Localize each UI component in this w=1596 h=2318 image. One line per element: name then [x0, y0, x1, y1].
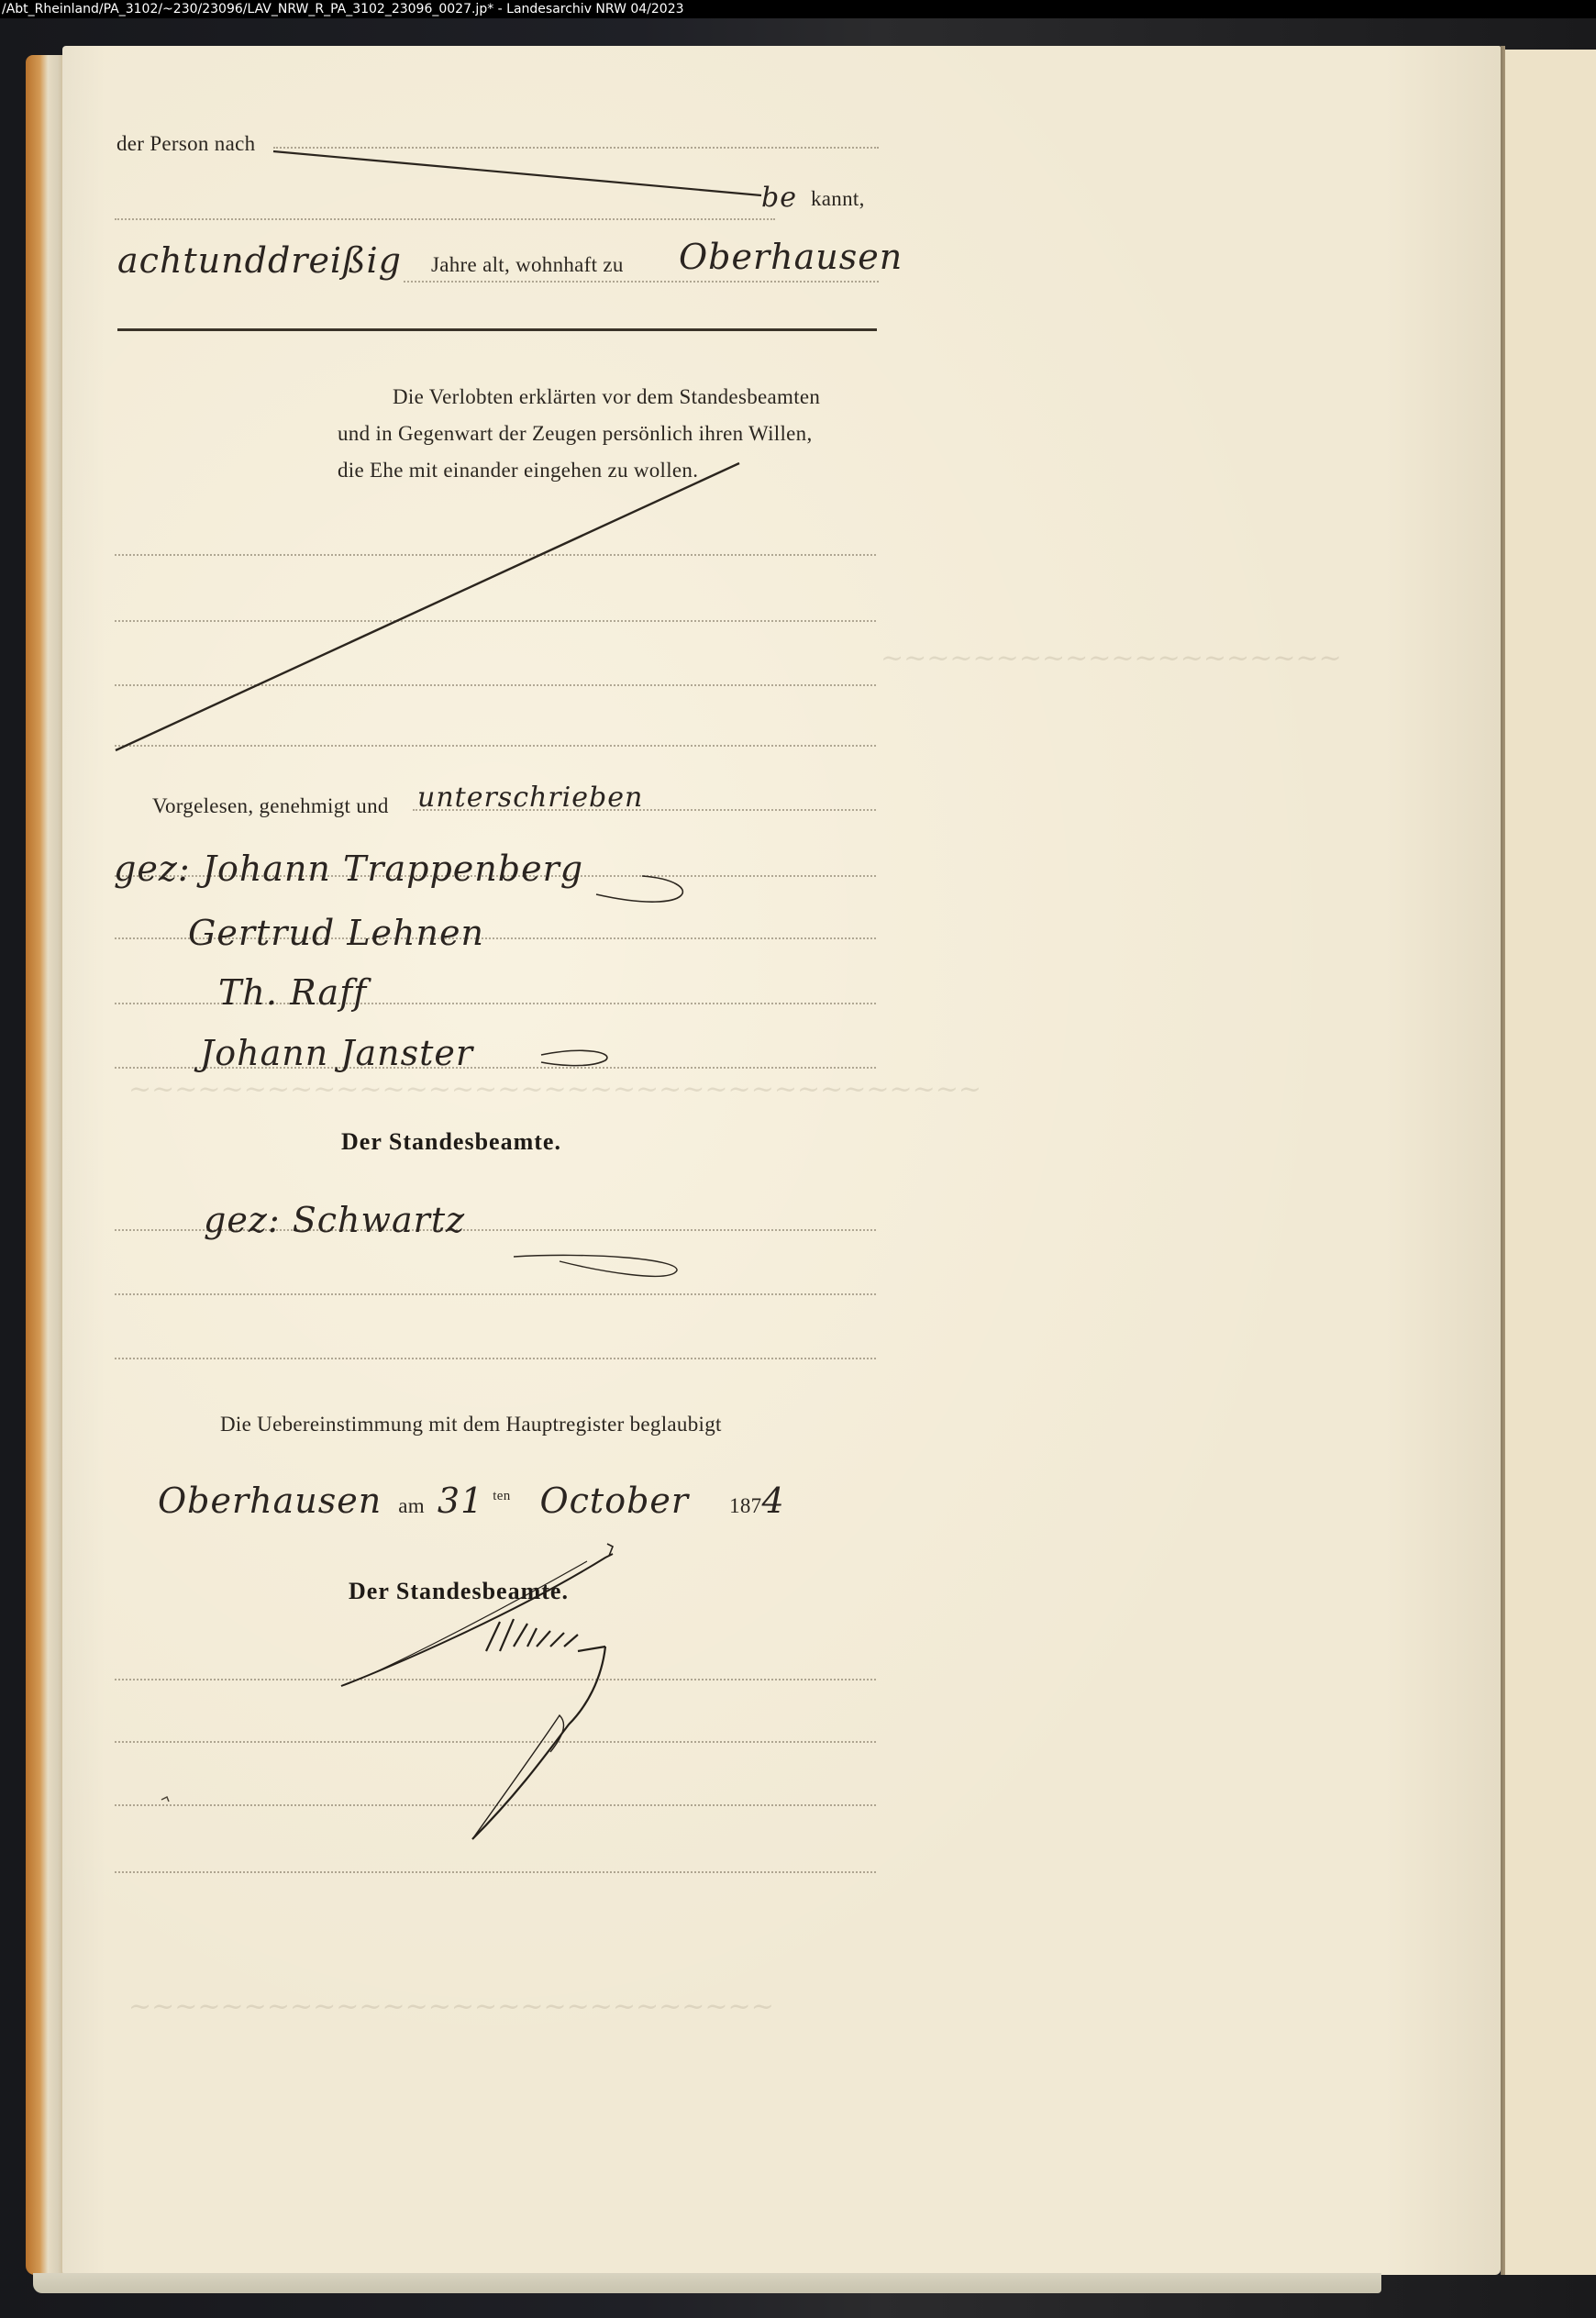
- facing-page: [1505, 50, 1596, 2275]
- registrar-title-1: Der Standesbeamte.: [341, 1128, 561, 1156]
- ruled-line: [273, 147, 879, 149]
- declaration-line-3: die Ehe mit einander eingehen zu wollen.: [338, 459, 698, 482]
- certification-month: October: [540, 1481, 690, 1521]
- age-line-printed: Jahre alt, wohnhaft zu: [431, 253, 624, 277]
- certification-day-suffix: ten: [493, 1489, 510, 1503]
- approval-handwritten: unterschrieben: [417, 782, 643, 814]
- person-line-handwritten: be: [761, 182, 797, 214]
- window-title: /Abt_Rheinland/PA_3102/~230/23096/LAV_NR…: [0, 0, 1596, 18]
- ruled-line: [115, 1804, 876, 1806]
- ruled-line: [115, 745, 876, 747]
- register-page: [62, 46, 1501, 2275]
- ruled-line: [115, 620, 876, 622]
- age-handwritten: achtunddreißig: [117, 240, 402, 281]
- book-binding: [26, 55, 66, 2275]
- bleed-through-text: ~~~~~~~~~~~~~~~~~~~~~~~~~~~~: [128, 1991, 774, 2023]
- certification-day: 31: [438, 1481, 483, 1521]
- registrar-signature-1: gez: Schwartz: [204, 1200, 465, 1240]
- signature-witness-2: Johann Janster: [200, 1033, 473, 1073]
- registrar-title-2: Der Standesbeamte.: [349, 1578, 569, 1605]
- ruled-line: [115, 1679, 876, 1680]
- bleed-through-text: ~~~~~~~~~~~~~~~~~~~~~~~~~~~~~~~~~~~~~: [128, 1073, 981, 1105]
- ruled-line: [404, 281, 879, 283]
- ruled-line: [115, 554, 876, 556]
- signature-bride: Gertrud Lehnen: [188, 913, 484, 953]
- section-divider: [117, 328, 877, 331]
- ruled-line: [115, 684, 876, 686]
- certification-am: am: [398, 1494, 425, 1517]
- certification-date-line: Oberhausen am 31 ten October 1874: [158, 1481, 785, 1521]
- declaration-line-1: Die Verlobten erklärten vor dem Standesb…: [393, 385, 820, 409]
- ruled-line: [115, 1358, 876, 1359]
- page-stack-edge: [33, 2273, 1381, 2293]
- bleed-through-text: ~~~~~~~~~~~~~~~~~~~~: [881, 642, 1342, 674]
- certification-statement: Die Uebereinstimmung mit dem Hauptregist…: [220, 1413, 722, 1436]
- ruled-line: [115, 1871, 876, 1873]
- signature-groom: gez: Johann Trappenberg: [114, 848, 583, 889]
- person-line-prefix: der Person nach: [116, 132, 255, 156]
- ruled-line: [115, 1293, 876, 1295]
- residence-handwritten: Oberhausen: [679, 237, 903, 277]
- certification-year-prefix: 187: [729, 1494, 761, 1517]
- person-line-suffix: kannt,: [811, 187, 865, 211]
- approval-printed: Vorgelesen, genehmigt und: [152, 794, 389, 818]
- signature-witness-1: Th. Raff: [218, 972, 367, 1013]
- certification-place: Oberhausen: [158, 1481, 382, 1521]
- ruled-line: [115, 1741, 876, 1743]
- declaration-line-2: und in Gegenwart der Zeugen persönlich i…: [338, 422, 813, 446]
- ruled-line: [115, 218, 775, 220]
- certification-year-suffix: 4: [761, 1481, 784, 1521]
